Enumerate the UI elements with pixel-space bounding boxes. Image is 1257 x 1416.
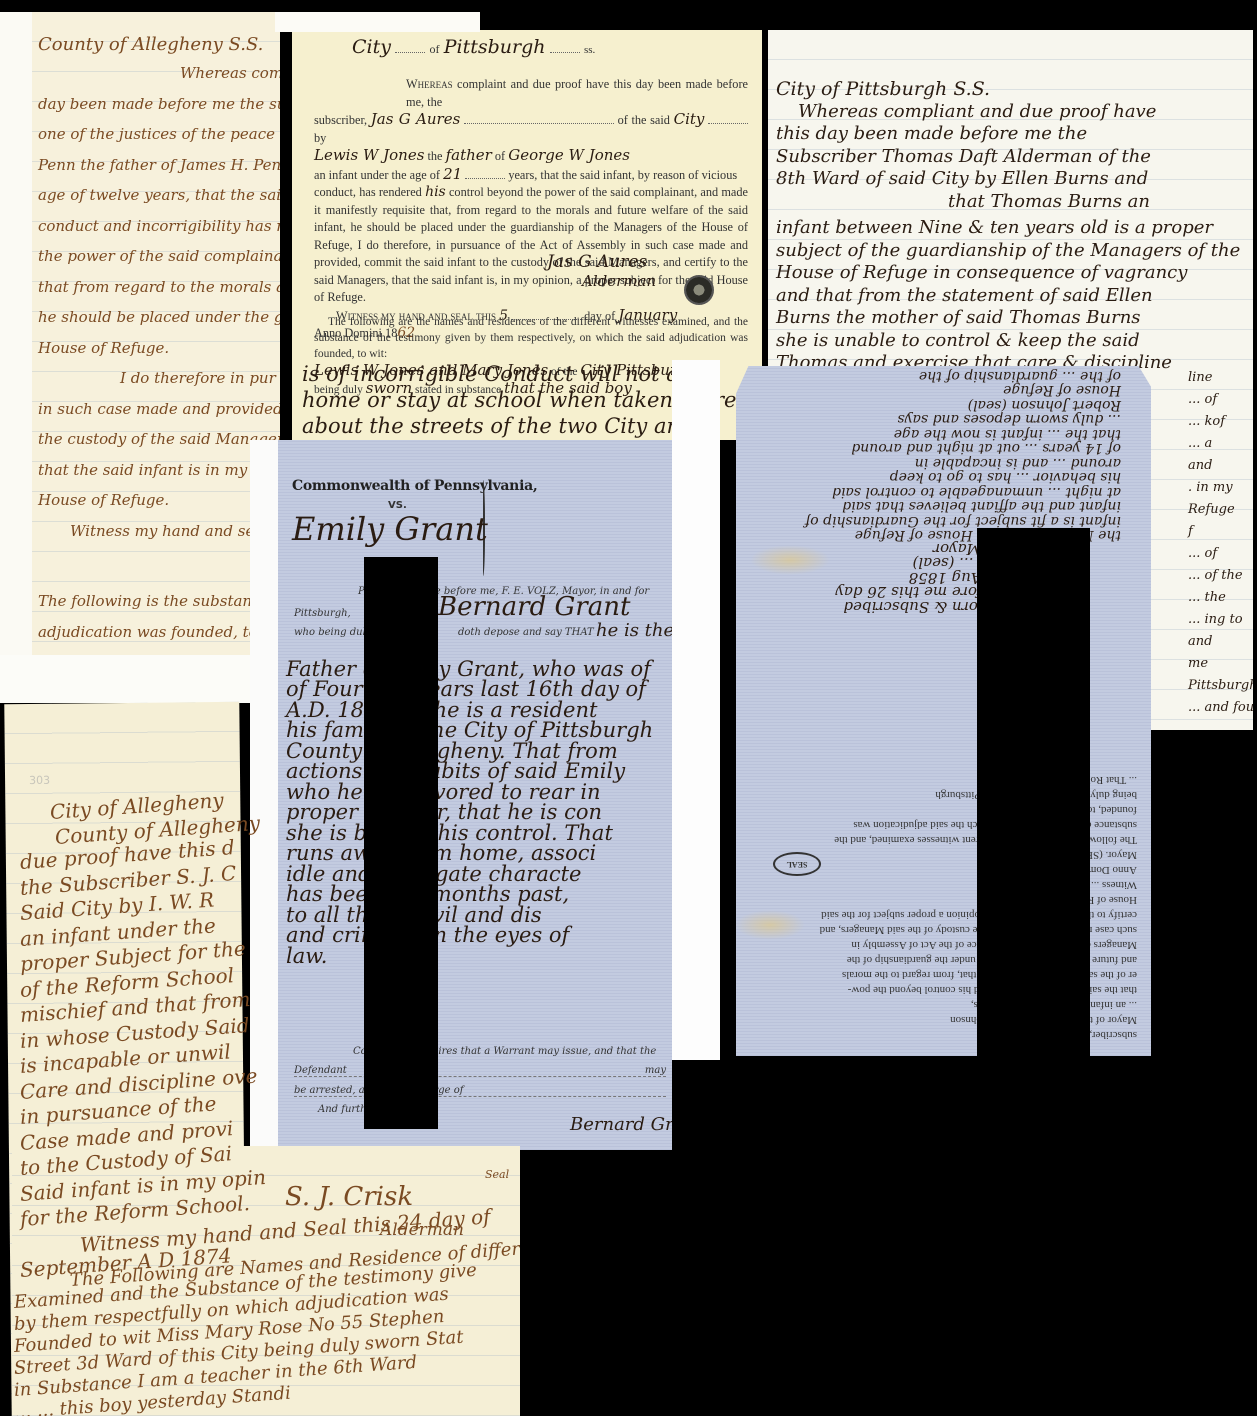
water-stain [750, 545, 830, 575]
edge-fragment: ... a [1188, 436, 1253, 451]
handwritten-line: The following is the substance of the te… [38, 592, 280, 610]
complainant-name: Lewis W Jones [314, 146, 424, 164]
handwritten-line: Robert Johnson (seal) [736, 397, 1121, 413]
page-number: 303 [29, 774, 50, 787]
edge-fragment: Refuge [1188, 502, 1253, 517]
form-body: Whereas complaint and due proof have thi… [314, 76, 748, 343]
edge-fragment: me [1188, 656, 1253, 671]
page-margin [250, 440, 278, 1155]
edge-fragment: and [1188, 634, 1253, 649]
handwritten-line: around ... and is incapable in [736, 455, 1121, 471]
doc-title: Commonwealth of Pennsylvania, [292, 478, 537, 494]
background-fill [480, 0, 1257, 30]
handwritten-line: 8th Ward of said City by Ellen Burns and [776, 168, 1253, 189]
handwritten-line: infant between Nine & ten years old is a… [776, 217, 1253, 238]
handwritten-line: Subscriber Thomas Daft Alderman of the [776, 146, 1253, 167]
handwritten-line: and that from the statement of said Elle… [776, 285, 1253, 306]
redaction-block [364, 557, 438, 1129]
handwritten-line: this day been made before me the [776, 123, 1253, 144]
handwritten-line: one of the justices of the peace in and [38, 125, 280, 143]
handwritten-line: Witness my hand and seal this [70, 522, 280, 540]
handwritten-line: she is unable to control & keep the said [776, 330, 1253, 351]
handwritten-line: infant and the affiant believes that sai… [736, 499, 1121, 515]
handwritten-line: Whereas complai [180, 64, 280, 82]
handwritten-line: at night ... unmanageable to control sai… [736, 484, 1121, 500]
header-city: City [352, 36, 391, 58]
document-commonwealth-vs-emily-grant: Commonwealth of Pennsylvania, VS. Emily … [278, 440, 672, 1150]
handwritten-line: conduct and incorrigibility has r [38, 217, 280, 235]
handwritten-line: in such case made and provided [38, 400, 280, 418]
handwritten-line: the power of the said complainant, and [38, 247, 280, 265]
alderman-title: Alderman [582, 272, 762, 290]
complainant-signature: Bernard Grant [570, 1114, 672, 1135]
handwritten-line: of 14 years ... out at night and around [736, 441, 1121, 457]
alderman-signature: Jas G Aures [547, 252, 762, 272]
edge-fragment: ... of [1188, 546, 1253, 561]
water-stain [735, 910, 805, 940]
handwritten-line: House of Refuge. [38, 491, 280, 509]
defendant-name: Emily Grant [292, 510, 672, 548]
handwritten-line: that the ... infant is now the age [736, 426, 1121, 442]
handwritten-line: subject of the guardianship of the Manag… [776, 240, 1253, 261]
handwritten-line: House of Refuge in consequence of vagran… [776, 262, 1253, 283]
handwritten-line: of the ... guardianship of the [736, 368, 1121, 384]
page-margin [0, 655, 250, 703]
handwritten-line: that the said infant is in my opinion [38, 461, 280, 479]
page-margin [275, 12, 480, 32]
relation: father [446, 146, 492, 164]
background-fill [1186, 730, 1257, 1160]
alderman-signature: S. J. Crisk [285, 1182, 413, 1212]
handwritten-line: Whereas compliant and due proof have [798, 101, 1253, 122]
document-county-allegheny-penn: County of Allegheny S.S.Whereas complaid… [30, 12, 280, 660]
edge-fragment: and [1188, 458, 1253, 473]
subscriber-name: Jas G Aures [371, 110, 461, 128]
handwritten-line: infant is a fit subject for the Guardian… [736, 513, 1121, 529]
handwritten-line: Penn the father of James H. Penn [38, 156, 280, 174]
edge-fragment: ... and four [1188, 700, 1253, 715]
edge-fragment: ... of the [1188, 568, 1253, 583]
infant-name: George W Jones [508, 146, 630, 164]
handwritten-line: he should be placed under the guardi [38, 308, 280, 326]
handwritten-line: his behavior ... has to go to keep [736, 470, 1121, 486]
edge-fragment: ... kof [1188, 414, 1253, 429]
handwritten-line: age of twelve years, that the said i [38, 186, 280, 204]
edge-fragment: . in my [1188, 480, 1253, 495]
handwritten-line: I do therefore in pur [120, 369, 280, 387]
alderman-title: Alderman [380, 1220, 464, 1240]
handwritten-line: day been made before me the subscri [38, 95, 280, 113]
background-fill [520, 1150, 1257, 1416]
handwritten-line: County of Allegheny S.S. [38, 34, 280, 55]
page-margin [672, 360, 720, 1060]
edge-fragment: line [1188, 370, 1253, 385]
edge-fragment: ... of [1188, 392, 1253, 407]
infant-age: 21 [443, 165, 462, 183]
handwritten-line: that from regard to the morals and fut [38, 278, 280, 296]
handwritten-line: City of Pittsburgh S.S. [776, 78, 1253, 100]
handwritten-line: adjudication was founded, to wit [38, 623, 280, 641]
notary-seal-icon [684, 275, 714, 305]
handwritten-line: Burns the mother of said Thomas Burns [776, 307, 1253, 328]
page-margin [0, 12, 32, 672]
seal-icon: Seal [485, 1168, 509, 1181]
handwritten-line: House of Refuge [736, 383, 1121, 399]
handwritten-line: House of Refuge. [38, 339, 280, 357]
handwritten-line: that Thomas Burns an [948, 191, 1253, 212]
edge-fragment: Pittsburgh [1188, 678, 1253, 693]
handwritten-line: the custody of the said Managers and [38, 430, 280, 448]
handwritten-line: law. [286, 944, 672, 968]
redaction-block [977, 528, 1090, 1056]
edge-fragment: ... the [1188, 590, 1253, 605]
complainant-name: Bernard Grant [438, 592, 672, 622]
header-place: Pittsburgh [444, 36, 546, 58]
seal-icon: SEAL [773, 852, 821, 876]
handwritten-line: ... duly sworn deposes and says [736, 412, 1121, 428]
edge-fragment: ... ing to [1188, 612, 1253, 627]
edge-fragment: f [1188, 524, 1253, 539]
